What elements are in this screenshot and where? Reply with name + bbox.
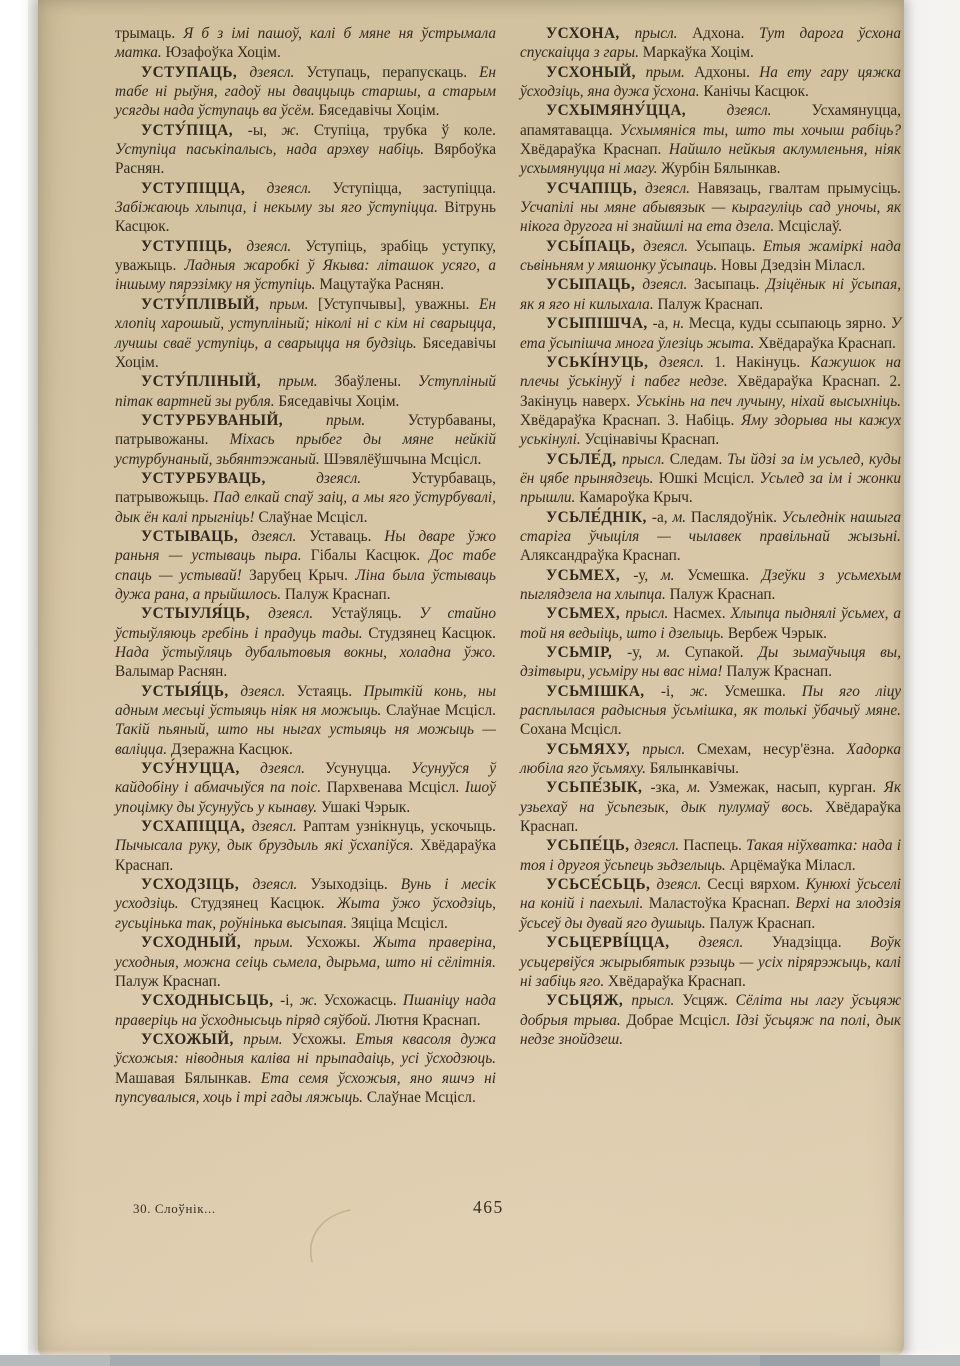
paper-page: трымаць. Я б з імі пашоў, калі б мяне ня… [38,0,904,1356]
plain-text: Журбін Бялынкав. [661,160,780,177]
example-italic-text: м. [661,567,687,584]
example-italic-text: Нада ўстыўляць дубальтовыя вокны, холадн… [115,644,496,661]
plain-text: Усыпаць. [695,238,762,255]
headword: УСЬЦЕРВІ́ЦЦА, [546,934,698,951]
plain-text: Студзянец Касцюк. [368,625,496,642]
plain-text: Унадзіцца. [772,934,870,951]
plain-text: 1. Накінуць. [714,354,810,371]
dictionary-entry: УСЫПІШЧА, -а, н. Месца, куды ссыпаюць зя… [520,314,901,353]
plain-text: Насмех. [673,605,730,622]
headword: УСХАПІЦЦА, [141,818,252,835]
example-italic-text: прым. [278,373,334,390]
headword: УСТУРБУВАЦЬ, [141,470,316,487]
plain-text: трымаць. [115,25,183,42]
example-italic-text: дзеясл. [642,276,694,293]
example-italic-text: ж. [690,683,724,700]
example-italic-text: дзеясл. [260,760,325,777]
dictionary-entry: УСТЫВАЦЬ, дзеясл. Уставаць. Ны дваре ўжо… [115,527,496,604]
plain-text: -у, [627,644,657,661]
plain-text: Канічы Касцюк. [703,83,808,100]
dictionary-entry: УСТЫУЛЯ́ЦЬ, дзеясл. Устаўляць. У стайно … [115,604,496,681]
plain-text: Новы Дзедзін Міласл. [721,257,865,274]
example-italic-text: ж. [299,992,323,1009]
plain-text: Узыходзіць. [310,876,400,893]
plain-text: Месца, куды ссыпаюць зярно. [689,315,891,332]
plain-text: Маластоўка Краснап. [649,895,796,912]
headword: УСТЫЯ́ЦЬ, [141,683,240,700]
plain-text: Уставаць. [309,528,384,545]
headword: УСЧАПІЦЬ, [546,180,645,197]
headword: УСЬМЕХ, [546,567,633,584]
example-italic-text: дзеясл. [659,354,714,371]
pen-mark [288,1206,378,1266]
dictionary-entry: УСЬЛЕ́ДНІК, -а, м. Паслядоўнік. Усьледні… [520,508,901,566]
headword: УСХЫМЯНУ́ЦЦА, [546,102,727,119]
headword: УСЬМІР, [546,644,627,661]
plain-text: Палуж Краснап. [285,586,391,603]
plain-text: Студзянец Касцюк. [191,895,337,912]
plain-text: Шэвялёўшчына Мсцісл. [324,451,482,468]
headword: УСТУПІЦЦА, [141,180,267,197]
example-italic-text: прысл. [642,741,697,758]
example-italic-text: прым. [646,64,695,81]
headword: УСЬПЕ́ЗЫК, [546,779,650,796]
plain-text: Хвёдараўка Краснап. [520,141,669,158]
footer-signature: 30. Слоўнік... [133,1201,216,1216]
example-italic-text: дзеясл. [634,837,683,854]
text-block: трымаць. Я б з імі пашоў, калі б мяне ня… [115,24,901,1107]
headword: УСТУПІЦЬ, [141,238,246,255]
plain-text: Зяціца Мсцісл. [351,915,448,932]
headword: УСЬМЯХУ, [546,741,642,758]
dictionary-entry: трымаць. Я б з імі пашоў, калі б мяне ня… [115,24,496,63]
example-italic-text: н. [673,315,689,332]
plain-text: Усхожы. [292,1031,356,1048]
plain-text: Дзеражна Касцюк. [171,741,293,758]
example-italic-text: дзеясл. [252,876,310,893]
plain-text: -а, [652,509,673,526]
dictionary-entry: УСЬКІ́НУЦЬ, дзеясл. 1. Накінуць. Кажушок… [520,353,901,450]
example-italic-text: Усхымяніся ты, што ты хочыш рабіць? [620,122,901,139]
plain-text: -а, [653,315,673,332]
headword: УСТУ́ПІЦА, [141,122,248,139]
dictionary-entry: УСТУПІЦЬ, дзеясл. Уступіць, зрабіць усту… [115,237,496,295]
column-left: трымаць. Я б з імі пашоў, калі б мяне ня… [115,24,496,1107]
plain-text: Хвёдараўка Краснап. 3. Набіць. [520,412,741,429]
plain-text: Устаўляць. [331,605,420,622]
plain-text: Устаяць. [297,683,364,700]
example-italic-text: дзеясл. [316,470,411,487]
example-italic-text: дзеясл. [643,238,695,255]
plain-text: Юшкі Мсцісл. [659,470,760,487]
example-italic-text: прысл. [622,451,670,468]
example-italic-text: прысл. [631,992,682,1009]
plain-text: Бялынкавічы. [650,760,739,777]
headword: УСТУПАЦЬ, [141,64,249,81]
dictionary-entry: УСТУРБУВАЦЬ, дзеясл. Устурбаваць, патрыв… [115,469,496,527]
headword: УСЬЛЕ́Д, [546,451,622,468]
dictionary-entry: УСЧАПІЦЬ, дзеясл. Навязаць, гвалтам прым… [520,179,901,237]
dictionary-entry: УСЬМЕХ, прысл. Насмех. Хлыпца пыднялі ўс… [520,604,901,643]
dictionary-entry: УСТУ́ПЛІНЫЙ, прым. Збаўлены. Уступліный … [115,372,496,411]
plain-text: Сохана Мсцісл. [520,721,622,738]
plain-text: Усмешка. [724,683,802,700]
plain-text: Смехам, несур'ёзна. [697,741,846,758]
plain-text: Пархвенава Мсцісл. [327,779,465,796]
dictionary-entry: УСЬМІР, -у, м. Супакой. Ды зымаўчыця вы,… [520,643,901,682]
dictionary-entry: УСЬЛЕ́Д, прысл. Следам. Ты йдзі за ім ус… [520,450,901,508]
plain-text: Вербеж Чэрык. [728,625,827,642]
dictionary-entry: УСЬСЕ́СЬЦЬ, дзеясл. Сесці вярхом. Кунюхі… [520,875,901,933]
example-italic-text: прысл. [635,25,693,42]
example-italic-text: прым. [243,1031,291,1048]
plain-text: Палуж Краснап. [670,586,776,603]
plain-text: Узмежак, насып, курган. [708,779,883,796]
plain-text: Паслядоўнік. [691,509,782,526]
headword: УСХОНЫЙ, [546,64,646,81]
headword: УСТЫУЛЯ́ЦЬ, [141,605,268,622]
plain-text: Палуж Краснап. [709,915,815,932]
dictionary-entry: УСЬМЯХУ, прысл. Смехам, несур'ёзна. Хадо… [520,740,901,779]
plain-text: Следам. [670,451,727,468]
plain-text: -у, [633,567,661,584]
plain-text: Зарубец Крыч. [249,567,355,584]
dictionary-entry: УСХЫМЯНУ́ЦЦА, дзеясл. Усхамянуцца, апамя… [520,101,901,178]
dictionary-entry: УСЬМІШКА, -і, ж. Усмешка. Пы яго ліцу ра… [520,682,901,740]
dictionary-entry: УСЬМЕХ, -у, м. Усмешка. Дзеўки з усьмехы… [520,566,901,605]
plain-text: Усунуцца. [325,760,411,777]
dictionary-entry: УСЫ́ПАЦЬ, дзеясл. Усыпаць. Етыя жаміркі … [520,237,901,276]
plain-text: Аляксандраўка Краснап. [520,547,681,564]
example-italic-text: прым. [269,296,318,313]
plain-text: Слаўнае Мсцісл. [367,1089,476,1106]
plain-text: Хвёдараўка Краснап. [608,973,746,990]
plain-text: [Уступчывы], уважны. [318,296,479,313]
headword: УСХОНА, [546,25,635,42]
dictionary-entry: УСХАПІЦЦА, дзеясл. Раптам узнікнуць, уск… [115,817,496,875]
headword: УСТУРБУВАНЫЙ, [141,412,326,429]
headword: УСЬПЕ́ЦЬ, [546,837,634,854]
plain-text: Слаўнае Мсцісл. [386,702,496,719]
plain-text: Гібалы Касцюк. [311,547,430,564]
example-italic-text: дзеясл. [698,934,771,951]
headword: УСЫПІШЧА, [546,315,653,332]
plain-text: Усцінавічы Краснап. [584,431,719,448]
plain-text: Лютня Краснап. [375,1012,481,1029]
plain-text: Валымар Раснян. [115,663,227,680]
example-italic-text: прысл. [625,605,673,622]
example-italic-text: прым. [254,934,306,951]
scanner-bed-strip [0,1355,960,1366]
dictionary-entry: УСХОДЗІЦЬ, дзеясл. Узыходзіць. Вунь і ме… [115,875,496,933]
scanned-page-background: трымаць. Я б з імі пашоў, калі б мяне ня… [0,0,960,1366]
dictionary-entry: УСЬЦЕРВІ́ЦЦА, дзеясл. Унадзіцца. Воўк ус… [520,933,901,991]
headword: УСХОЖЫЙ, [141,1031,243,1048]
plain-text: Бяседавічы Хоцім. [319,102,440,119]
plain-text: Усцяж. [682,992,735,1009]
dictionary-entry: УСХОНЫЙ, прым. Адхоны. На ету гару цяжка… [520,63,901,102]
example-italic-text: Уступіца паськіпалысь, нада арэхву набіц… [115,141,434,158]
plain-text: Мсціслаў. [778,218,842,235]
plain-text: Сесці вярхом. [707,876,805,893]
plain-text: -ы, [248,122,282,139]
example-italic-text: дзеясл. [645,180,697,197]
plain-text: Бяседавічы Хоцім. [278,393,399,410]
dictionary-entry: УСТУРБУВАНЫЙ, прым. Устурбаваны, патрыво… [115,411,496,469]
plain-text: Супакой. [685,644,758,661]
example-italic-text: м. [687,779,708,796]
plain-text: Палуж Краснап. [115,973,221,990]
plain-text: Засыпаць. [694,276,766,293]
plain-text: Добрае Мсцісл. [626,1012,735,1029]
dictionary-entry: УСЬПЕ́ЗЫК, -зка, м. Узмежак, насып, кург… [520,778,901,836]
plain-text: Палуж Краснап. [726,663,832,680]
example-italic-text: ж. [281,122,313,139]
example-italic-text: дзеясл. [246,238,305,255]
example-italic-text: м. [672,509,690,526]
dictionary-entry: УСТУПАЦЬ, дзеясл. Уступаць, перапускаць.… [115,63,496,121]
headword: УСТУ́ПЛІВЫЙ, [141,296,269,313]
example-italic-text: дзеясл. [268,605,331,622]
headword: УСХОДНЫСЬЦЬ, [141,992,280,1009]
example-italic-text: дзеясл. [657,876,708,893]
headword: УСХОДНЫЙ, [141,934,254,951]
headword: УСТУ́ПЛІНЫЙ, [141,373,278,390]
dictionary-entry: УСТУ́ПЛІВЫЙ, прым. [Уступчывы], уважны. … [115,295,496,372]
example-italic-text: Усчапілі ны мяне абывязык — кырагуліць с… [520,199,901,235]
dictionary-entry: УСТЫЯ́ЦЬ, дзеясл. Устаяць. Прыткій конь,… [115,682,496,759]
plain-text: Ушакі Чэрык. [321,799,410,816]
dictionary-entry: УСУ́НУЦЦА, дзеясл. Усунуцца. Усунуўся ў … [115,759,496,817]
column-right: УСХОНА, прысл. Адхона. Тут дарога ўсхона… [520,24,901,1107]
example-italic-text: дзеясл. [249,64,306,81]
example-italic-text: м. [657,644,685,661]
headword: УСЬСЕ́СЬЦЬ, [546,876,657,893]
dictionary-entry: УСЬПЕ́ЦЬ, дзеясл. Паспець. Такая ніўхват… [520,836,901,875]
example-italic-text: прым. [326,412,408,429]
example-italic-text: дзеясл. [240,683,296,700]
plain-text: Усмешка. [687,567,762,584]
example-italic-text: Забіжаюць хлыпца, і некыму зы яго ўступі… [115,199,444,216]
headword: УСЬЛЕ́ДНІК, [546,509,652,526]
page-number: 465 [473,1197,504,1218]
dictionary-entry: УСХОЖЫЙ, прым. Усхожы. Етыя квасоля дужа… [115,1030,496,1107]
dictionary-entry: УСХОДНЫЙ, прым. Усхожы. Жыта праверіна, … [115,933,496,991]
plain-text: Арцёмаўка Міласл. [730,857,856,874]
headword: УСЬМІШКА, [546,683,661,700]
plain-text: Раптам узнікнуць, ускочыць. [303,818,496,835]
example-italic-text: дзеясл. [727,102,812,119]
dictionary-entry: УСХОДНЫСЬЦЬ, -і, ж. Усхожасць. Пшаніцу н… [115,991,496,1030]
headword: УСЬЦЯЖ, [546,992,631,1009]
headword: УСТЫВАЦЬ, [141,528,251,545]
page-footer: 30. Слоўнік... 465 [115,1200,899,1224]
plain-text: Хвёдараўка Краснап. [758,335,896,352]
example-italic-text: дзеясл. [251,528,309,545]
headword: УСЫПАЦЬ, [546,276,642,293]
plain-text: Збаўлены. [334,373,418,390]
plain-text: Маркаўка Хоцім. [643,44,754,61]
example-italic-text: Пычысала руку, дык бруздыль які ўсхапіўс… [115,837,420,854]
dictionary-entry: УСЬЦЯЖ, прысл. Усцяж. Сёліта ны лагу ўсь… [520,991,901,1049]
plain-text: Камароўка Крыч. [579,489,693,506]
plain-text: Мацутаўка Раснян. [319,276,444,293]
headword: УСХОДЗІЦЬ, [141,876,252,893]
plain-text: Палуж Краснап. [657,296,763,313]
plain-text: Паспець. [683,837,746,854]
plain-text: Юзафоўка Хоцім. [166,44,281,61]
dictionary-entry: УСЫПАЦЬ, дзеясл. Засыпаць. Дзіцёнык ні ў… [520,275,901,314]
example-italic-text: дзеясл. [267,180,333,197]
plain-text: Ступіца, трубка ў коле. [314,122,496,139]
plain-text: Усхожы. [306,934,373,951]
plain-text: Уступіцца, заступіцца. [333,180,497,197]
headword: УСЬКІ́НУЦЬ, [546,354,659,371]
plain-text: Усхожасць. [324,992,403,1009]
dictionary-entry: УСХОНА, прысл. Адхона. Тут дарога ўсхона… [520,24,901,63]
dictionary-entry: УСТУПІЦЦА, дзеясл. Уступіцца, заступіцца… [115,179,496,237]
headword: УСЬМЕХ, [546,605,625,622]
plain-text: Машавая Бялынкав. [115,1070,261,1087]
headword: УСУ́НУЦЦА, [141,760,260,777]
example-italic-text: дзеясл. [252,818,303,835]
plain-text: Слаўнае Мсцісл. [258,509,367,526]
headword: УСЫ́ПАЦЬ, [546,238,643,255]
plain-text: Адхоны. [694,64,759,81]
plain-text: Навязаць, гвалтам прымусіць. [698,180,902,197]
dictionary-entry: УСТУ́ПІЦА, -ы, ж. Ступіца, трубка ў коле… [115,121,496,179]
plain-text: Уступаць, перапускаць. [306,64,479,81]
plain-text: Адхона. [692,25,759,42]
plain-text: -і, [280,992,299,1009]
plain-text: -і, [661,683,690,700]
example-italic-text: Уськінь на печ лучыну, ніхай высыхніць. [636,393,901,410]
plain-text: -зка, [650,779,687,796]
